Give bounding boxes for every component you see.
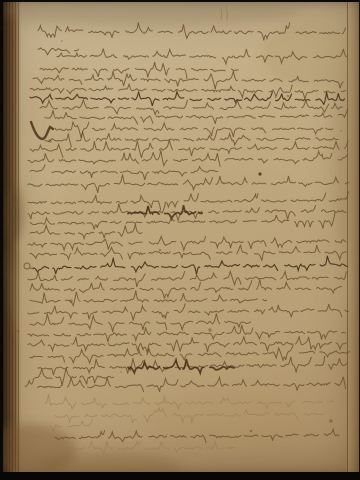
manuscript-photo: Photograph of a medieval manuscript foli… — [0, 0, 360, 480]
photo-border-bottom — [0, 472, 360, 480]
handwriting-layer: Photograph of a medieval manuscript foli… — [0, 0, 360, 480]
photo-border-top — [0, 0, 360, 2]
photo-border-left — [0, 0, 3, 480]
parchment-grain — [3, 2, 359, 472]
